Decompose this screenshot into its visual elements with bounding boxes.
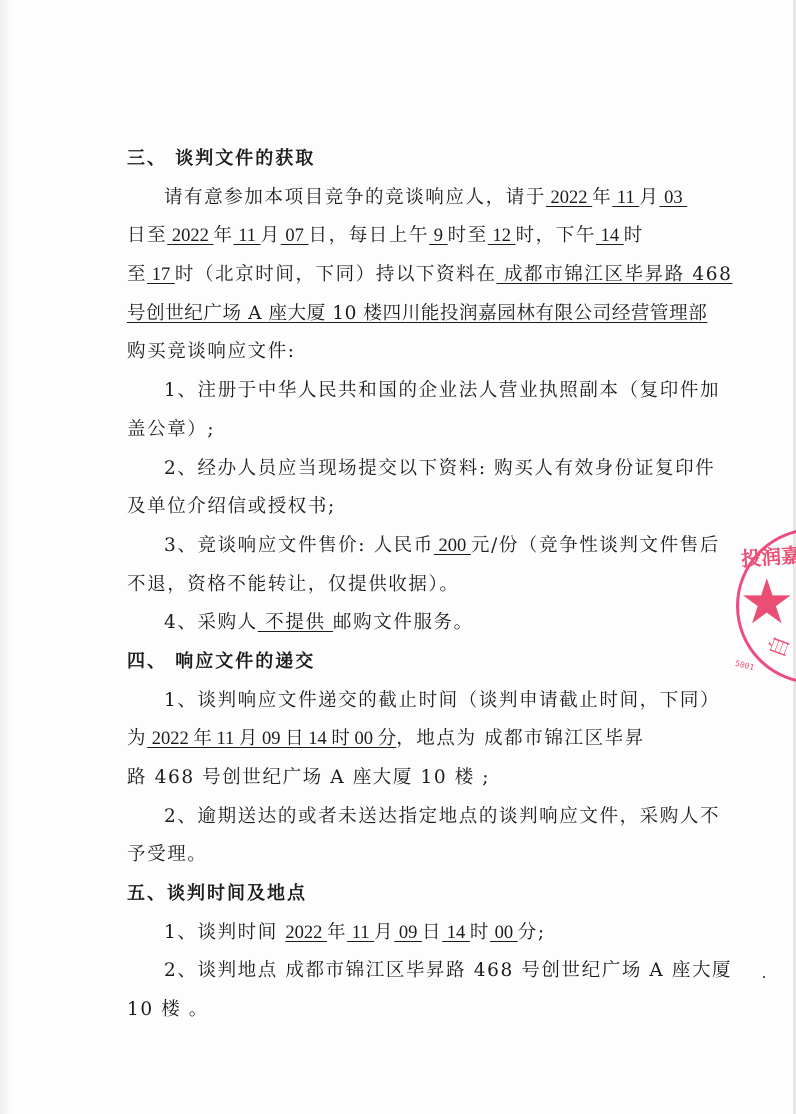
item-3-3-line-2: 不退，资格不能转让，仅提供收据）。 (127, 566, 675, 605)
am-end-hour: 12 (488, 226, 516, 246)
negotiation-place-line-2: 10 楼 。 (127, 991, 675, 1030)
item-3-1-line-1: 1、注册于中华人民共和国的企业法人营业执照副本（复印件加 (127, 372, 675, 411)
purchase-location-part-1: 成都市锦江区毕昇路 468 (496, 264, 732, 285)
start-day: 03 (659, 188, 687, 208)
negotiation-place-line-1: 2、谈判地点 成都市锦江区毕昇路 468 号创世纪广场 A 座大厦 (127, 952, 675, 991)
document-price: 200 (434, 536, 471, 556)
negotiation-month: 11 (347, 923, 374, 943)
section-3-intro-line-5: 购买竞谈响应文件: (127, 333, 675, 372)
pm-end-hour: 17 (147, 265, 175, 285)
item-4-1-line-3: 路 468 号创世纪广场 A 座大厦 10 楼 ; (127, 759, 675, 798)
item-3-4: 4、采购人 不提供 邮购文件服务。 (127, 604, 675, 643)
submission-deadline: 2022 年 11 月 09 日 14 时 00 分 (147, 729, 396, 749)
scan-speck (763, 976, 765, 978)
item-3-2-line-1: 2、经办人员应当现场提交以下资料: 购买人有效身份证复印件 (127, 450, 675, 489)
section-5-heading: 五、谈判时间及地点 (127, 875, 675, 914)
section-3-intro-line-4: 号创世纪广场 A 座大厦 10 楼四川能投润嘉园林有限公司经营管理部 (127, 295, 675, 334)
end-year: 2022 (167, 226, 213, 246)
seal-code: 5001 (734, 659, 755, 672)
negotiation-year: 2022 (285, 923, 327, 943)
negotiation-hour: 14 (442, 923, 470, 943)
item-3-3-line-1: 3、竞谈响应文件售价: 人民币 200 元/份（竞争性谈判文件售后 (127, 527, 675, 566)
scan-edge-left (0, 0, 14, 1114)
pm-start-hour: 14 (596, 226, 624, 246)
section-4-heading: 四、 响应文件的递交 (127, 643, 675, 682)
purchase-location-part-2: 号创世纪广场 A 座大厦 10 楼四川能投润嘉园林有限公司经营管理部 (127, 303, 707, 324)
end-day: 07 (281, 226, 309, 246)
item-4-2-line-2: 予受理。 (127, 836, 675, 875)
section-3-intro-line-1: 请有意参加本项目竞争的竞谈响应人，请于 2022 年 11 月 03 (127, 179, 675, 218)
section-3-intro-line-3: 至 17 时（北京时间，下同）持以下资料在 成都市锦江区毕昇路 468 (127, 256, 675, 295)
company-seal-stamp: 投润嘉 ★ 自 5001 (736, 528, 796, 684)
item-4-1-line-1: 1、谈判响应文件递交的截止时间（谈判申请截止时间，下同） (127, 682, 675, 721)
mail-service-value: 不提供 (258, 612, 333, 633)
star-icon: ★ (739, 571, 795, 633)
negotiation-time: 1、谈判时间 2022 年 11 月 09 日 14 时 00 分; (127, 914, 675, 953)
start-month: 11 (612, 188, 639, 208)
section-3-heading: 三、 谈判文件的获取 (127, 140, 675, 179)
item-3-1-line-2: 盖公章）; (127, 411, 675, 450)
section-3-intro-line-2: 日至 2022 年 11 月 07 日，每日上午 9 时至 12 时，下午 14… (127, 217, 675, 256)
start-year: 2022 (546, 188, 592, 208)
item-3-2-line-2: 及单位介绍信或授权书; (127, 488, 675, 527)
negotiation-minute: 00 (490, 923, 518, 943)
negotiation-day: 09 (394, 923, 422, 943)
document-page: 三、 谈判文件的获取 请有意参加本项目竞争的竞谈响应人，请于 2022 年 11… (127, 140, 675, 1030)
end-month: 11 (234, 226, 261, 246)
item-4-2-line-1: 2、逾期送达的或者未送达指定地点的谈判响应文件，采购人不 (127, 798, 675, 837)
item-4-1-line-2: 为 2022 年 11 月 09 日 14 时 00 分，地点为 成都市锦江区毕… (127, 720, 675, 759)
am-start-hour: 9 (429, 226, 448, 246)
